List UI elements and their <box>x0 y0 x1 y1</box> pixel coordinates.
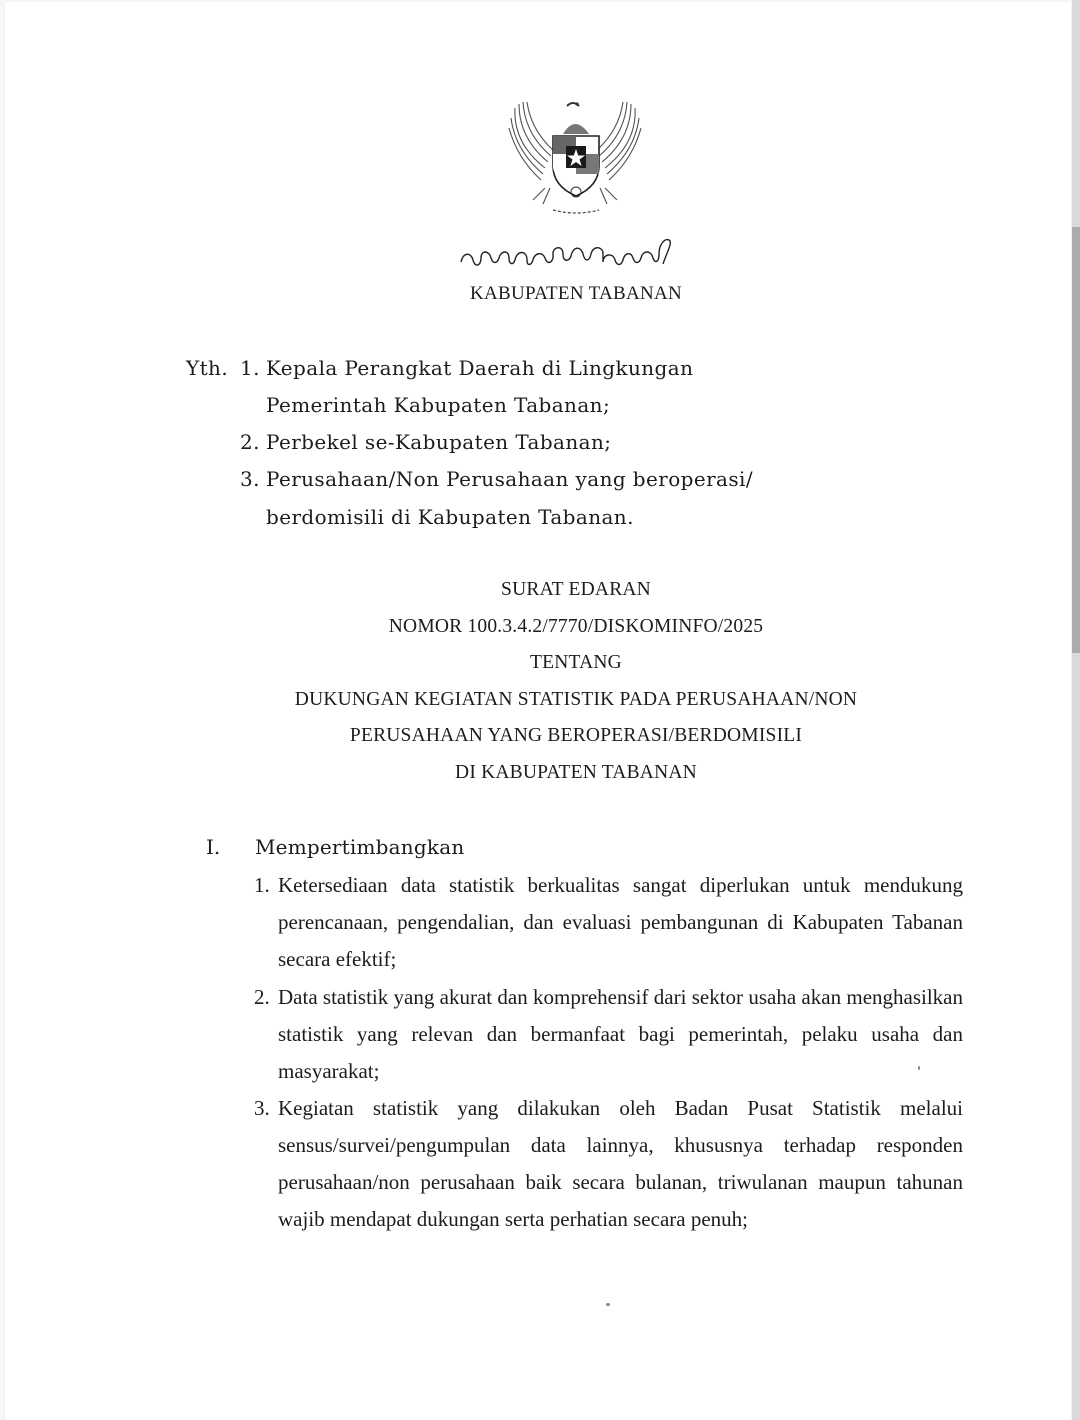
consideration-point: 3. Kegiatan statistik yang dilakukan ole… <box>278 1090 963 1238</box>
point-text: Data statistik yang akurat dan komprehen… <box>278 985 963 1083</box>
scan-speck <box>606 1303 610 1306</box>
addressee-line: Pemerintah Kabupaten Tabanan; <box>266 393 610 417</box>
subject-line: DUKUNGAN KEGIATAN STATISTIK PADA PERUSAH… <box>0 689 1080 711</box>
vertical-scrollbar[interactable] <box>1072 0 1080 1420</box>
garuda-emblem-icon <box>505 88 645 223</box>
addressee-line: Perusahaan/Non Perusahaan yang beroperas… <box>266 467 753 491</box>
document-number: NOMOR 100.3.4.2/7770/DISKOMINFO/2025 <box>0 616 1080 638</box>
point-number: 3. <box>254 1090 270 1127</box>
point-text: Ketersediaan data statistik berkualitas … <box>278 873 963 971</box>
addressee-prefix: Yth. <box>186 356 228 380</box>
document-type: SURAT EDARAN <box>0 579 1080 601</box>
addressee-number: 3. <box>240 467 260 491</box>
balinese-script-regency-name <box>455 238 695 272</box>
subject-line: PERUSAHAAN YANG BEROPERASI/BERDOMISILI <box>0 725 1080 747</box>
consideration-point: 1. Ketersediaan data statistik berkualit… <box>278 867 963 978</box>
point-number: 1. <box>254 867 270 904</box>
about-label: TENTANG <box>0 652 1080 674</box>
addressee-number: 1. <box>240 356 260 380</box>
scan-speck <box>918 1066 920 1070</box>
addressee-line: berdomisili di Kabupaten Tabanan. <box>266 505 634 529</box>
regency-name: KABUPATEN TABANAN <box>0 283 1080 305</box>
point-number: 2. <box>254 979 270 1016</box>
addressee-line: Perbekel se-Kabupaten Tabanan; <box>266 430 611 454</box>
consideration-point: 2. Data statistik yang akurat dan kompre… <box>278 979 963 1090</box>
scrollbar-thumb[interactable] <box>1072 227 1080 653</box>
section-numeral: I. <box>206 835 220 859</box>
point-text: Kegiatan statistik yang dilakukan oleh B… <box>278 1096 963 1231</box>
addressee-number: 2. <box>240 430 260 454</box>
section-title: Mempertimbangkan <box>255 835 464 859</box>
addressee-line: Kepala Perangkat Daerah di Lingkungan <box>266 356 693 380</box>
subject-line: DI KABUPATEN TABANAN <box>0 762 1080 784</box>
